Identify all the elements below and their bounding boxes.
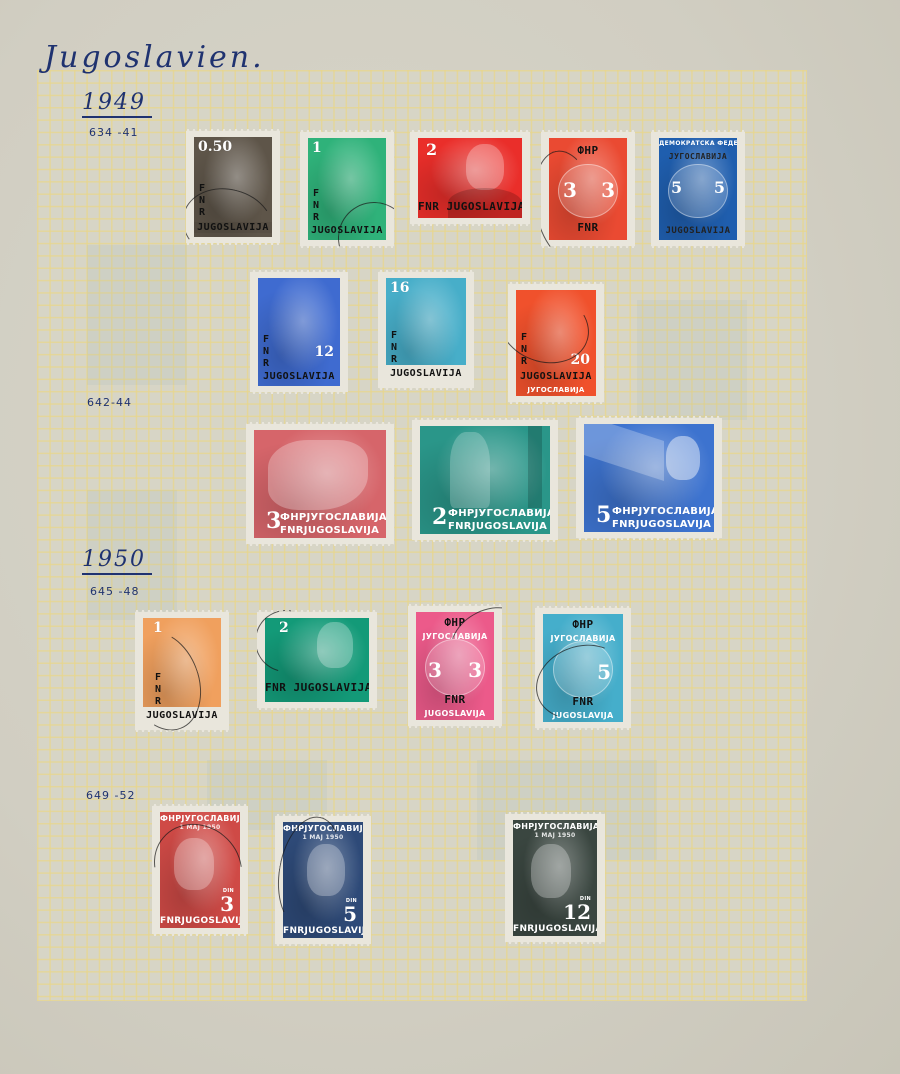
catalog-range: 642-44 <box>87 396 132 409</box>
stamp-image: ФНР ЈУГОСЛАВИЈА 5 FNR JUGOSLAVIJA <box>543 614 623 722</box>
map-illustration <box>268 440 368 510</box>
stamp-overprint: FNR <box>416 693 494 706</box>
stamp[interactable]: ФНРЈУГОСЛАВИЈА 1 МАЈ 1950 DIN 12 FNRJUGO… <box>505 812 605 944</box>
stamp-bottom-text: JUGOSLAVIJA <box>543 711 623 720</box>
stamp-value: 5 <box>343 902 357 926</box>
stamp-value: 12 <box>563 900 591 924</box>
stamp[interactable]: 2 FNR JUGOSLAVIJA <box>410 130 530 226</box>
ghost-mark <box>637 300 747 420</box>
stamp-value: 20 <box>571 352 590 368</box>
portrait <box>307 844 345 896</box>
flag-illustration <box>584 424 664 481</box>
portrait <box>317 622 353 668</box>
stamp-value: 5 <box>671 178 682 197</box>
year-heading-1950: 1950 <box>82 547 146 572</box>
stamp-overprint-top: ФНР <box>543 618 623 631</box>
stamp-image: ФНР ЈУГОСЛАВИЈА 3 3 FNR JUGOSLAVIJA <box>416 612 494 720</box>
stamp-image: 1 FNR JUGOSLAVIJA <box>143 618 221 724</box>
stamp-image: ФНРЈУГОСЛАВИЈА 1 МАЈ 1950 DIN 5 FNRJUGOS… <box>283 822 363 938</box>
stamp-bottom-text: ЈУГОСЛАВИЈА <box>516 386 596 394</box>
catalog-range: 634 -41 <box>89 126 138 139</box>
stamp-value: 16 <box>390 280 409 296</box>
stamp-value: 12 <box>315 344 334 360</box>
catalog-range: 645 -48 <box>90 585 139 598</box>
stamp-image: 2 FNR JUGOSLAVIJA <box>265 618 369 702</box>
stamp[interactable]: 0.50 FNR JUGOSLAVIJA <box>186 129 280 245</box>
stamp-cyrillic: ФНРЈУГОСЛАВИЈА <box>612 506 714 517</box>
stamp-header: ДЕМОКРАТСКА ФЕДЕРАТИВНА <box>659 140 737 147</box>
stamp-overprint: JUGOSLAVIJA <box>659 226 737 236</box>
stamp-image: 1 FNR JUGOSLAVIJA <box>308 138 386 240</box>
stamp-value: 5 <box>597 660 611 684</box>
stamp-date: 1 МАЈ 1950 <box>160 824 240 831</box>
album-page: Jugoslavien. 1949 634 -41 642-44 1950 64… <box>0 0 900 1074</box>
stamp-bottom-text: JUGOSLAVIJA <box>416 709 494 718</box>
stamp-image: 3 ФНРЈУГОСЛАВИЈА FNRJUGOSLAVIJA <box>254 430 386 538</box>
stamp-value: 3 <box>563 178 577 202</box>
portrait <box>174 838 214 890</box>
stamp-image: ДЕМОКРАТСКА ФЕДЕРАТИВНА ЈУГОСЛАВИЈА 5 5 … <box>659 138 737 240</box>
stamp-overprint-fnr: FNR <box>155 672 165 708</box>
stamp-overprint-fnr: FNR <box>521 332 531 368</box>
stamp-latin: FNRJUGOSLAVIJA <box>448 521 550 532</box>
figures-illustration <box>450 432 490 508</box>
stamp-value: 2 <box>432 504 447 530</box>
stamp-value: 3 <box>220 892 234 916</box>
stamp-overprint-fnr: FNR <box>313 188 323 224</box>
stamp-value: 0.50 <box>198 139 232 155</box>
portrait <box>531 844 571 898</box>
stamp-latin: FNRJUGOSLAVIJA <box>513 924 597 934</box>
stamp-value: 3 <box>601 178 615 202</box>
stamp[interactable]: ФНРЈУГОСЛАВИЈА 1 МАЈ 1950 DIN 5 FNRJUGOS… <box>275 814 371 946</box>
stamp[interactable]: 12 FNR JUGOSLAVIJA <box>250 270 348 394</box>
stamp-latin: FNRJUGOSLAVIJA <box>280 525 386 536</box>
catalog-range: 649 -52 <box>86 789 135 802</box>
stamp-overprint: FNR JUGOSLAVIJA <box>418 200 522 213</box>
stamp-overprint: FNR <box>543 695 623 708</box>
stamp-value: 5 <box>596 502 611 528</box>
stamp-cyrillic: ФНРЈУГОСЛАВИЈА <box>283 824 363 833</box>
stamp-image: 16 FNR JUGOSLAVIJA <box>386 278 466 382</box>
stamp-overprint-top: ЈУГОСЛАВИЈА <box>659 152 737 161</box>
stamp-overprint: FNR <box>549 221 627 234</box>
stamp-latin: FNRJUGOSLAVIJA <box>283 926 363 936</box>
stamp-overprint-fnr: FNR <box>199 183 209 219</box>
year-heading-1949: 1949 <box>82 90 146 115</box>
stamp-header: ЈУГОСЛАВИЈА <box>416 632 494 641</box>
stamp[interactable]: ФНР ЈУГОСЛАВИЈА 5 FNR JUGOSLAVIJA <box>535 606 631 730</box>
stamp-image: 0.50 FNR JUGOSLAVIJA <box>194 137 272 237</box>
stamp-value: 3 <box>428 658 442 682</box>
stamp-cyrillic: ФНРЈУГОСЛАВИЈА <box>513 822 597 831</box>
ghost-mark <box>87 245 187 385</box>
stamp-image: 2 ФНРЈУГОСЛАВИЈА FNRJUGOSLAVIJA <box>420 426 550 534</box>
stamp[interactable]: ФНРЈУГОСЛАВИЈА 1 МАЈ 1950 DIN 3 FNRJUGOS… <box>152 804 248 936</box>
stamp-value: 1 <box>153 620 163 636</box>
stamp-latin: FNRJUGOSLAVIJA <box>160 916 240 926</box>
stamp[interactable]: 2 FNR JUGOSLAVIJA <box>257 610 377 710</box>
stamp-image: 20 FNR JUGOSLAVIJA ЈУГОСЛАВИЈА <box>516 290 596 396</box>
stamp-value: 2 <box>279 620 289 636</box>
portrait <box>466 144 504 190</box>
stamp-cyrillic: ФНРЈУГОСЛАВИЈА <box>448 508 550 519</box>
stamp-overprint: JUGOSLAVIJA <box>516 371 596 382</box>
stamp-overprint: JUGOSLAVIJA <box>308 225 386 236</box>
stamp-value: 1 <box>312 140 322 156</box>
stamp-overprint: JUGOSLAVIJA <box>258 371 340 382</box>
stamp-date: 1 МАЈ 1950 <box>283 834 363 841</box>
stamp[interactable]: ДЕМОКРАТСКА ФЕДЕРАТИВНА ЈУГОСЛАВИЈА 5 5 … <box>651 130 745 248</box>
stamp[interactable]: 20 FNR JUGOSLAVIJA ЈУГОСЛАВИЈА <box>508 282 604 404</box>
stamp[interactable]: 5 ФНРЈУГОСЛАВИЈА FNRJUGOSLAVIJA <box>576 416 722 540</box>
tree-illustration <box>528 426 542 508</box>
stamp-overprint-top: ФНР <box>416 616 494 629</box>
stamp[interactable]: 1 FNR JUGOSLAVIJA <box>135 610 229 732</box>
stamp-image: 2 FNR JUGOSLAVIJA <box>418 138 522 218</box>
stamp[interactable]: 16 FNR JUGOSLAVIJA <box>378 270 474 390</box>
stamp-cyrillic: ФНРЈУГОСЛАВИЈА <box>160 814 240 823</box>
youth-figure <box>666 436 700 480</box>
stamp-image: ФНР 3 3 FNR <box>549 138 627 240</box>
stamp-latin: FNRJUGOSLAVIJA <box>612 519 714 530</box>
stamp-value: 2 <box>426 140 437 159</box>
stamp[interactable]: 1 FNR JUGOSLAVIJA <box>300 130 394 248</box>
stamp-image: 12 FNR JUGOSLAVIJA <box>258 278 340 386</box>
stamp-overprint-top: ФНР <box>549 144 627 157</box>
stamp-cyrillic: ФНРЈУГОСЛАВИЈА <box>280 512 386 523</box>
page-title: Jugoslavien. <box>44 40 265 75</box>
stamp-overprint: JUGOSLAVIJA <box>386 365 466 382</box>
stamp-image: ФНРЈУГОСЛАВИЈА 1 МАЈ 1950 DIN 3 FNRJUGOS… <box>160 812 240 928</box>
stamp-overprint: JUGOSLAVIJA <box>143 707 221 724</box>
stamp-header: ЈУГОСЛАВИЈА <box>543 634 623 643</box>
stamp[interactable]: ФНР ЈУГОСЛАВИЈА 3 3 FNR JUGOSLAVIJA <box>408 604 502 728</box>
stamp-overprint: FNR JUGOSLAVIJA <box>265 681 369 694</box>
stamp[interactable]: 2 ФНРЈУГОСЛАВИЈА FNRJUGOSLAVIJA <box>412 418 558 542</box>
stamp-date: 1 МАЈ 1950 <box>513 832 597 839</box>
stamp[interactable]: ФНР 3 3 FNR <box>541 130 635 248</box>
stamp-value: 5 <box>714 178 725 197</box>
stamp-overprint-fnr: FNR <box>391 330 401 366</box>
stamp-value: 3 <box>468 658 482 682</box>
stamp[interactable]: 3 ФНРЈУГОСЛАВИЈА FNRJUGOSLAVIJA <box>246 422 394 546</box>
stamp-image: ФНРЈУГОСЛАВИЈА 1 МАЈ 1950 DIN 12 FNRJUGO… <box>513 820 597 936</box>
stamp-overprint: JUGOSLAVIJA <box>194 222 272 233</box>
stamp-overprint-fnr: FNR <box>263 334 273 370</box>
stamp-image: 5 ФНРЈУГОСЛАВИЈА FNRJUGOSLAVIJA <box>584 424 714 532</box>
